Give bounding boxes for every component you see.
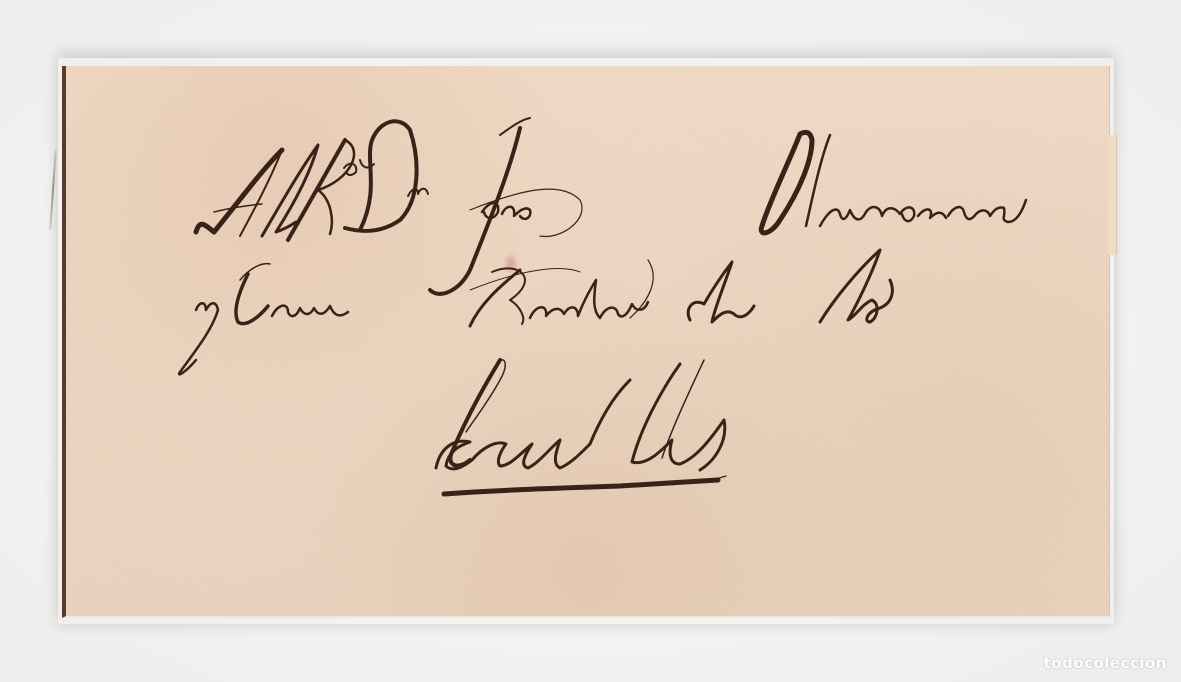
watermark-text: todocoleccion [1044, 654, 1167, 672]
photo-stage: Al R.do D.n Jose Olivenas y Casas Rector… [0, 0, 1181, 682]
loose-thread [49, 150, 57, 230]
folded-edge-tab [1108, 135, 1117, 255]
